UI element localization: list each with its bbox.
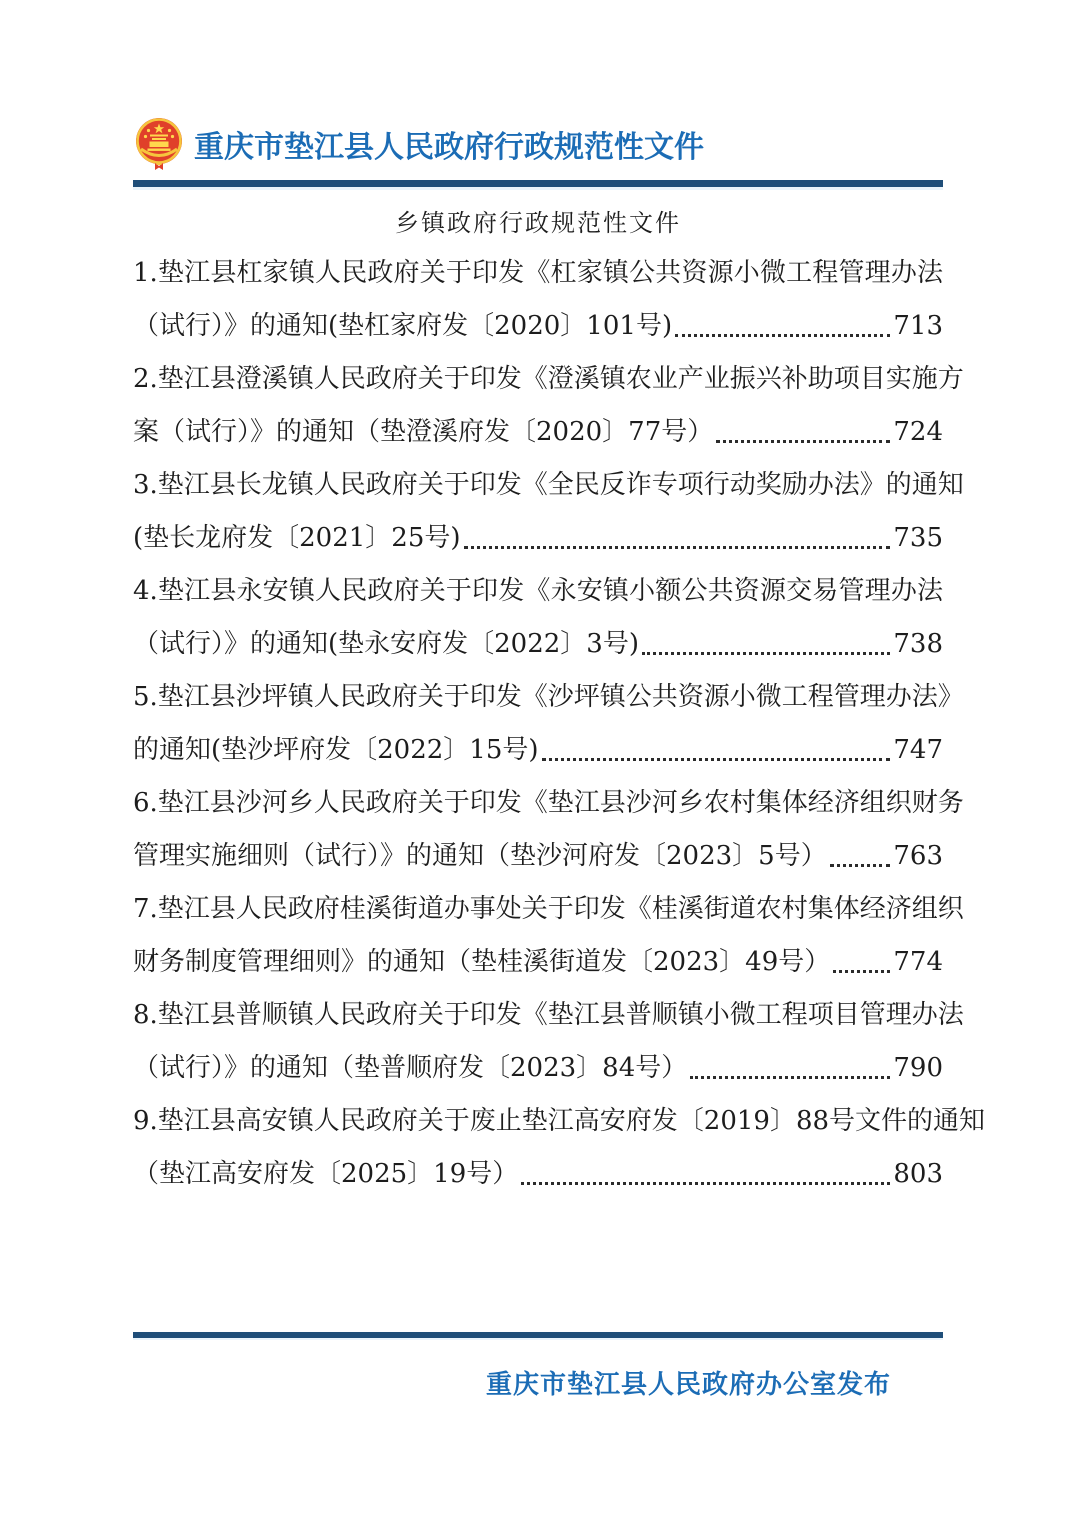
page-content: 重庆市垫江县人民政府行政规范性文件 乡镇政府行政规范性文件 1.垫江县杠家镇人民… xyxy=(133,116,943,1201)
dot-leader xyxy=(833,970,890,973)
dot-leader xyxy=(464,546,891,549)
header-rule xyxy=(133,180,943,190)
toc-entry-line1: 6.垫江县沙河乡人民政府关于印发《垫江县沙河乡农村集体经济组织财务 xyxy=(133,777,943,830)
toc-entry: 1.垫江县杠家镇人民政府关于印发《杠家镇公共资源小微工程管理办法 （试行）》的通… xyxy=(133,247,943,353)
document-footer: 重庆市垫江县人民政府办公室发布 xyxy=(133,1332,943,1401)
page-number: 803 xyxy=(893,1148,943,1201)
toc-entry: 4.垫江县永安镇人民政府关于印发《永安镇小额公共资源交易管理办法 （试行）》的通… xyxy=(133,565,943,671)
toc-entry-line1: 1.垫江县杠家镇人民政府关于印发《杠家镇公共资源小微工程管理办法 xyxy=(133,247,943,300)
toc-entry: 5.垫江县沙坪镇人民政府关于印发《沙坪镇公共资源小微工程管理办法》 的通知(垫沙… xyxy=(133,671,943,777)
page-number: 713 xyxy=(893,300,943,353)
toc-entry-line2-text: （试行）》的通知(垫永安府发〔2022〕3号) xyxy=(133,618,639,671)
toc-entry-line1: 3.垫江县长龙镇人民政府关于印发《全民反诈专项行动奖励办法》的通知 xyxy=(133,459,943,512)
toc-entry: 9.垫江县高安镇人民政府关于废止垫江高安府发〔2019〕88号文件的通知 （垫江… xyxy=(133,1095,943,1201)
dot-leader xyxy=(830,864,891,867)
toc-entry-line2-text: 案（试行）》的通知（垫澄溪府发〔2020〕77号） xyxy=(133,406,713,459)
page-number: 790 xyxy=(893,1042,943,1095)
table-of-contents: 1.垫江县杠家镇人民政府关于印发《杠家镇公共资源小微工程管理办法 （试行）》的通… xyxy=(133,247,943,1201)
toc-entry-line2: 管理实施细则（试行）》的通知（垫沙河府发〔2023〕5号） 763 xyxy=(133,830,943,883)
toc-entry-line1: 7.垫江县人民政府桂溪街道办事处关于印发《桂溪街道农村集体经济组织 xyxy=(133,883,943,936)
toc-entry: 6.垫江县沙河乡人民政府关于印发《垫江县沙河乡农村集体经济组织财务 管理实施细则… xyxy=(133,777,943,883)
toc-entry-line2: 的通知(垫沙坪府发〔2022〕15号) 747 xyxy=(133,724,943,777)
toc-entry-line2: 财务制度管理细则》的通知（垫桂溪街道发〔2023〕49号） 774 xyxy=(133,936,943,989)
document-title: 重庆市垫江县人民政府行政规范性文件 xyxy=(194,122,704,166)
document-header: 重庆市垫江县人民政府行政规范性文件 xyxy=(133,116,943,172)
dot-leader xyxy=(716,440,890,443)
dot-leader xyxy=(690,1076,890,1079)
toc-entry-line2-text: （试行）》的通知(垫杠家府发〔2020〕101号) xyxy=(133,300,672,353)
toc-entry: 7.垫江县人民政府桂溪街道办事处关于印发《桂溪街道农村集体经济组织 财务制度管理… xyxy=(133,883,943,989)
dot-leader xyxy=(521,1182,890,1185)
page-number: 724 xyxy=(893,406,943,459)
toc-entry-line1: 9.垫江县高安镇人民政府关于废止垫江高安府发〔2019〕88号文件的通知 xyxy=(133,1095,943,1148)
toc-entry-line1: 5.垫江县沙坪镇人民政府关于印发《沙坪镇公共资源小微工程管理办法》 xyxy=(133,671,943,724)
toc-entry-line2-text: （试行）》的通知（垫普顺府发〔2023〕84号） xyxy=(133,1042,687,1095)
china-national-emblem-icon xyxy=(133,116,185,172)
page-number: 738 xyxy=(893,618,943,671)
toc-entry: 8.垫江县普顺镇人民政府关于印发《垫江县普顺镇小微工程项目管理办法 （试行）》的… xyxy=(133,989,943,1095)
page-number: 763 xyxy=(893,830,943,883)
toc-entry-line1: 4.垫江县永安镇人民政府关于印发《永安镇小额公共资源交易管理办法 xyxy=(133,565,943,618)
page-number: 774 xyxy=(893,936,943,989)
toc-entry-line2: （试行）》的通知（垫普顺府发〔2023〕84号） 790 xyxy=(133,1042,943,1095)
toc-entry-line2-text: 财务制度管理细则》的通知（垫桂溪街道发〔2023〕49号） xyxy=(133,936,830,989)
toc-entry-line2-text: (垫长龙府发〔2021〕25号) xyxy=(133,512,461,565)
page-number: 735 xyxy=(893,512,943,565)
toc-entry-line2: （试行）》的通知(垫杠家府发〔2020〕101号) 713 xyxy=(133,300,943,353)
document-page: 重庆市垫江县人民政府行政规范性文件 乡镇政府行政规范性文件 1.垫江县杠家镇人民… xyxy=(0,0,1074,1520)
section-title: 乡镇政府行政规范性文件 xyxy=(133,207,943,239)
dot-leader xyxy=(675,334,890,337)
toc-entry-line2: 案（试行）》的通知（垫澄溪府发〔2020〕77号） 724 xyxy=(133,406,943,459)
toc-entry: 3.垫江县长龙镇人民政府关于印发《全民反诈专项行动奖励办法》的通知 (垫长龙府发… xyxy=(133,459,943,565)
publisher-line: 重庆市垫江县人民政府办公室发布 xyxy=(133,1364,943,1401)
toc-entry-line1: 8.垫江县普顺镇人民政府关于印发《垫江县普顺镇小微工程项目管理办法 xyxy=(133,989,943,1042)
toc-entry: 2.垫江县澄溪镇人民政府关于印发《澄溪镇农业产业振兴补助项目实施方 案（试行）》… xyxy=(133,353,943,459)
toc-entry-line2-text: （垫江高安府发〔2025〕19号） xyxy=(133,1148,518,1201)
footer-rule xyxy=(133,1332,943,1340)
toc-entry-line2-text: 管理实施细则（试行）》的通知（垫沙河府发〔2023〕5号） xyxy=(133,830,827,883)
toc-entry-line2: (垫长龙府发〔2021〕25号) 735 xyxy=(133,512,943,565)
toc-entry-line2: （垫江高安府发〔2025〕19号） 803 xyxy=(133,1148,943,1201)
toc-entry-line1: 2.垫江县澄溪镇人民政府关于印发《澄溪镇农业产业振兴补助项目实施方 xyxy=(133,353,943,406)
page-number: 747 xyxy=(893,724,943,777)
dot-leader xyxy=(542,758,891,761)
toc-entry-line2: （试行）》的通知(垫永安府发〔2022〕3号) 738 xyxy=(133,618,943,671)
dot-leader xyxy=(642,652,890,655)
toc-entry-line2-text: 的通知(垫沙坪府发〔2022〕15号) xyxy=(133,724,539,777)
